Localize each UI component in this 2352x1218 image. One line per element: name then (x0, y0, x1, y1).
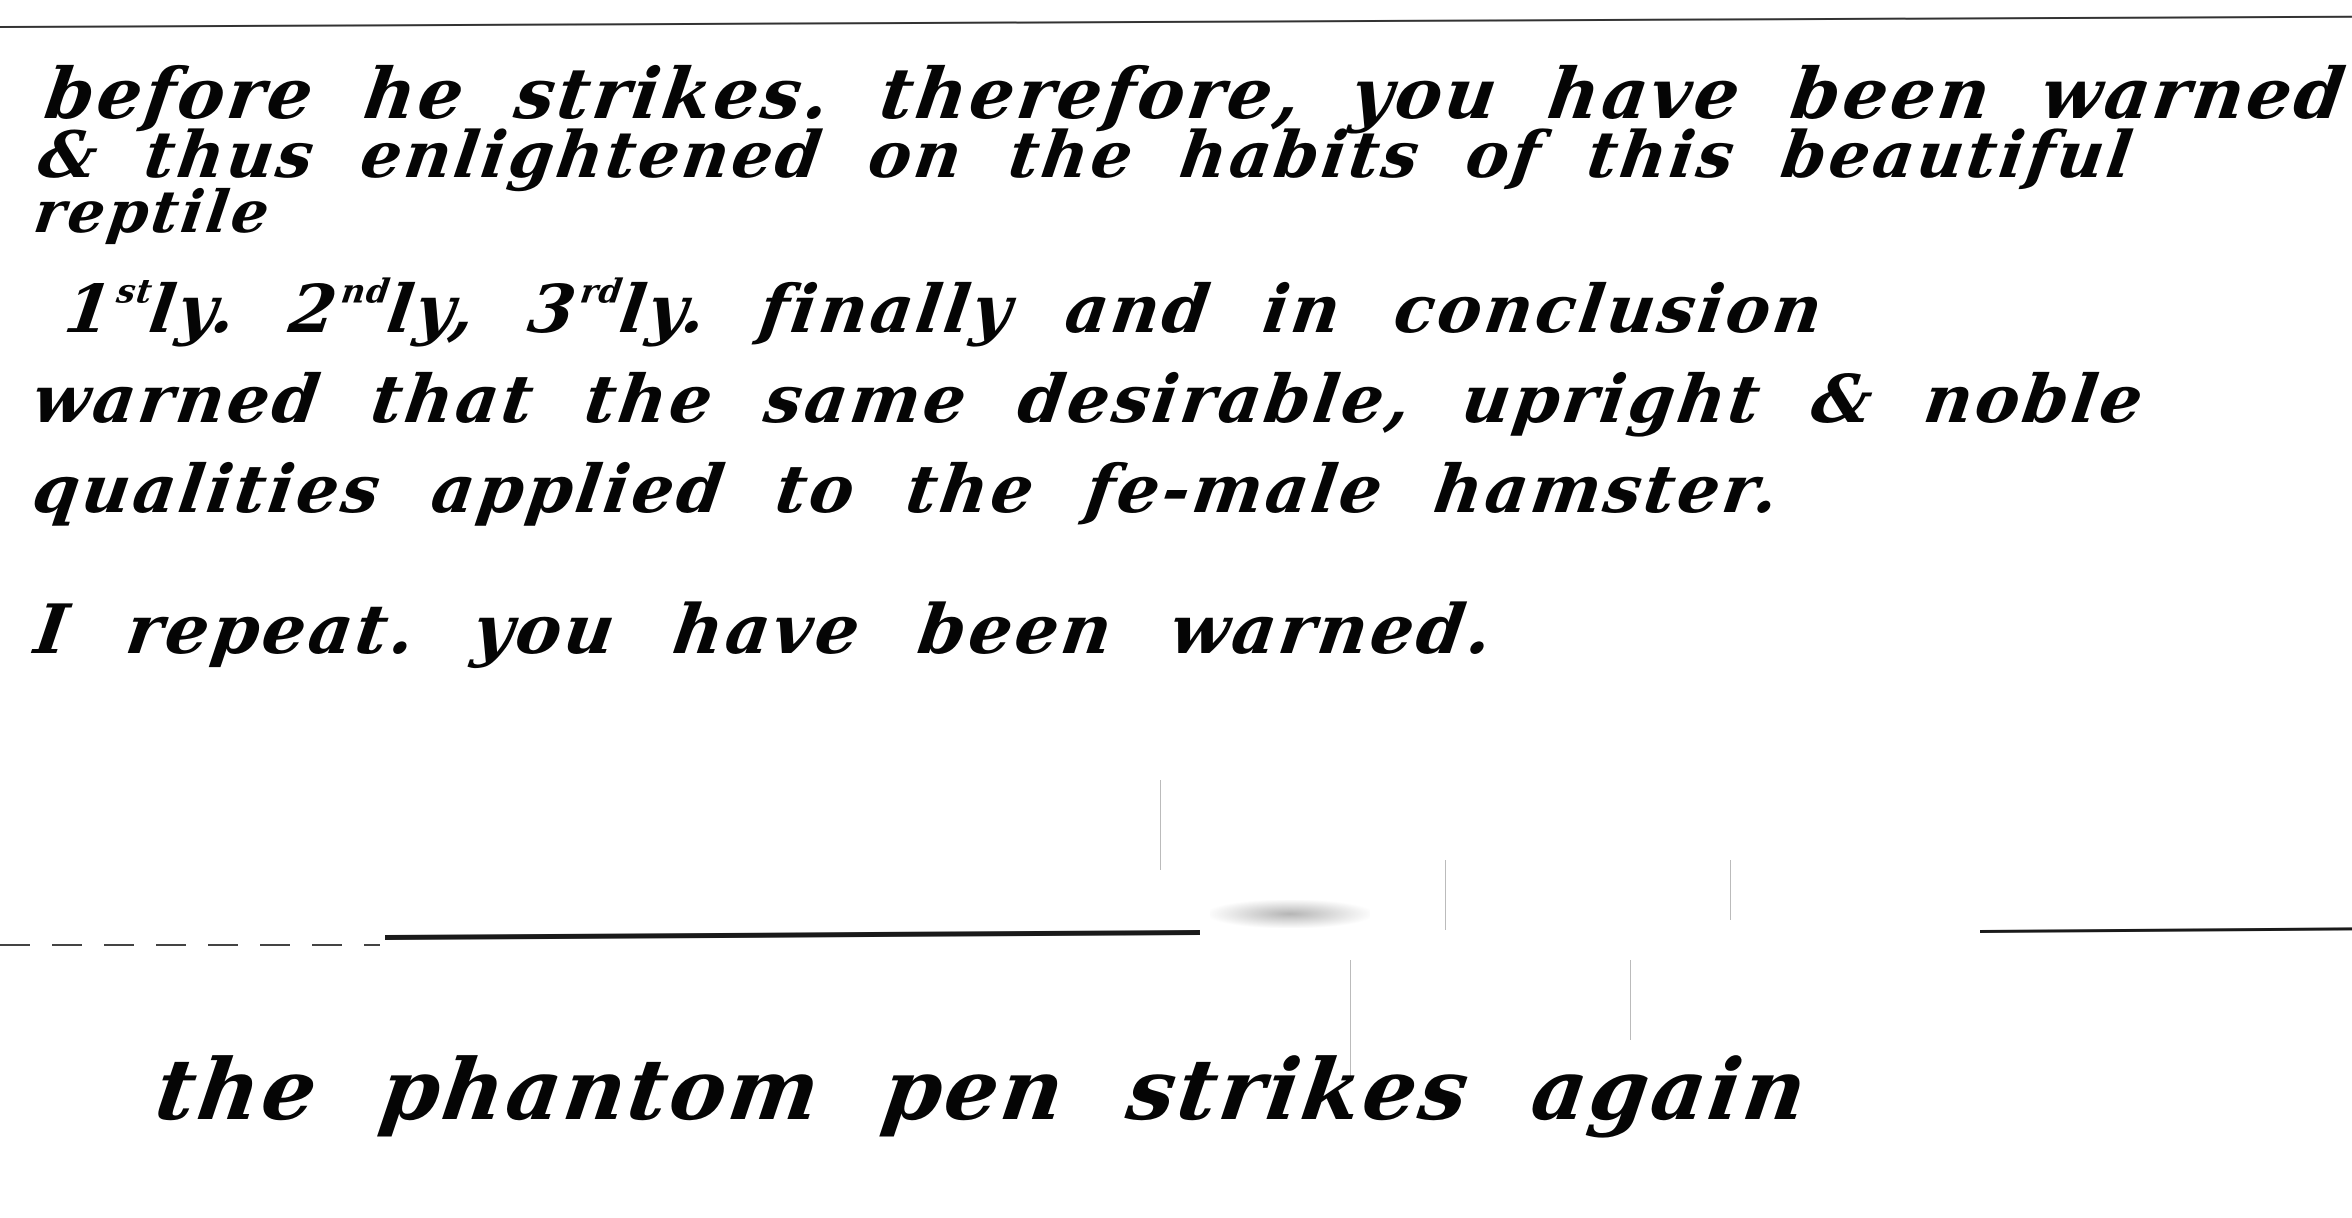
letter-line-5: warned that the same desirable, upright … (28, 360, 2151, 438)
ordinal-2-suffix: nd (339, 271, 394, 310)
line-4-rest: finally and in conclusion (755, 270, 1830, 348)
ordinal-3-suffix: rd (578, 271, 626, 310)
scan-artifact (1445, 860, 1446, 930)
ordinal-1-number: 1 (60, 270, 120, 348)
letter-line-6: qualities applied to the fe-male hamster… (28, 450, 1786, 528)
scan-artifact (1160, 780, 1161, 870)
fold-line-dashed (0, 944, 380, 946)
scan-artifact (1630, 960, 1631, 1040)
ordinal-3-number: 3 (524, 270, 584, 348)
fold-line-right (1980, 927, 2352, 933)
scanned-letter-page: before he strikes. therefore, you have b… (0, 0, 2352, 1218)
ordinal-1-tail: ly. (145, 270, 244, 348)
ordinal-1-suffix: st (114, 271, 155, 310)
letter-line-4: 1stly. 2ndly, 3rdly. finally and in conc… (60, 270, 1830, 348)
ordinal-3-tail: ly. (615, 270, 714, 348)
scan-artifact (1730, 860, 1731, 920)
letter-line-3: reptile (30, 178, 276, 246)
top-rule-line (0, 16, 2352, 28)
signature-line: the phantom pen strikes again (150, 1040, 1815, 1139)
letter-line-7: I repeat. you have been warned. (30, 590, 1500, 670)
ordinal-2-tail: ly, (383, 270, 483, 348)
scan-smudge (1210, 900, 1370, 928)
letter-line-2: & thus enlightened on the habits of this… (34, 118, 2140, 193)
fold-line (385, 930, 1200, 940)
ordinal-2-number: 2 (285, 270, 345, 348)
